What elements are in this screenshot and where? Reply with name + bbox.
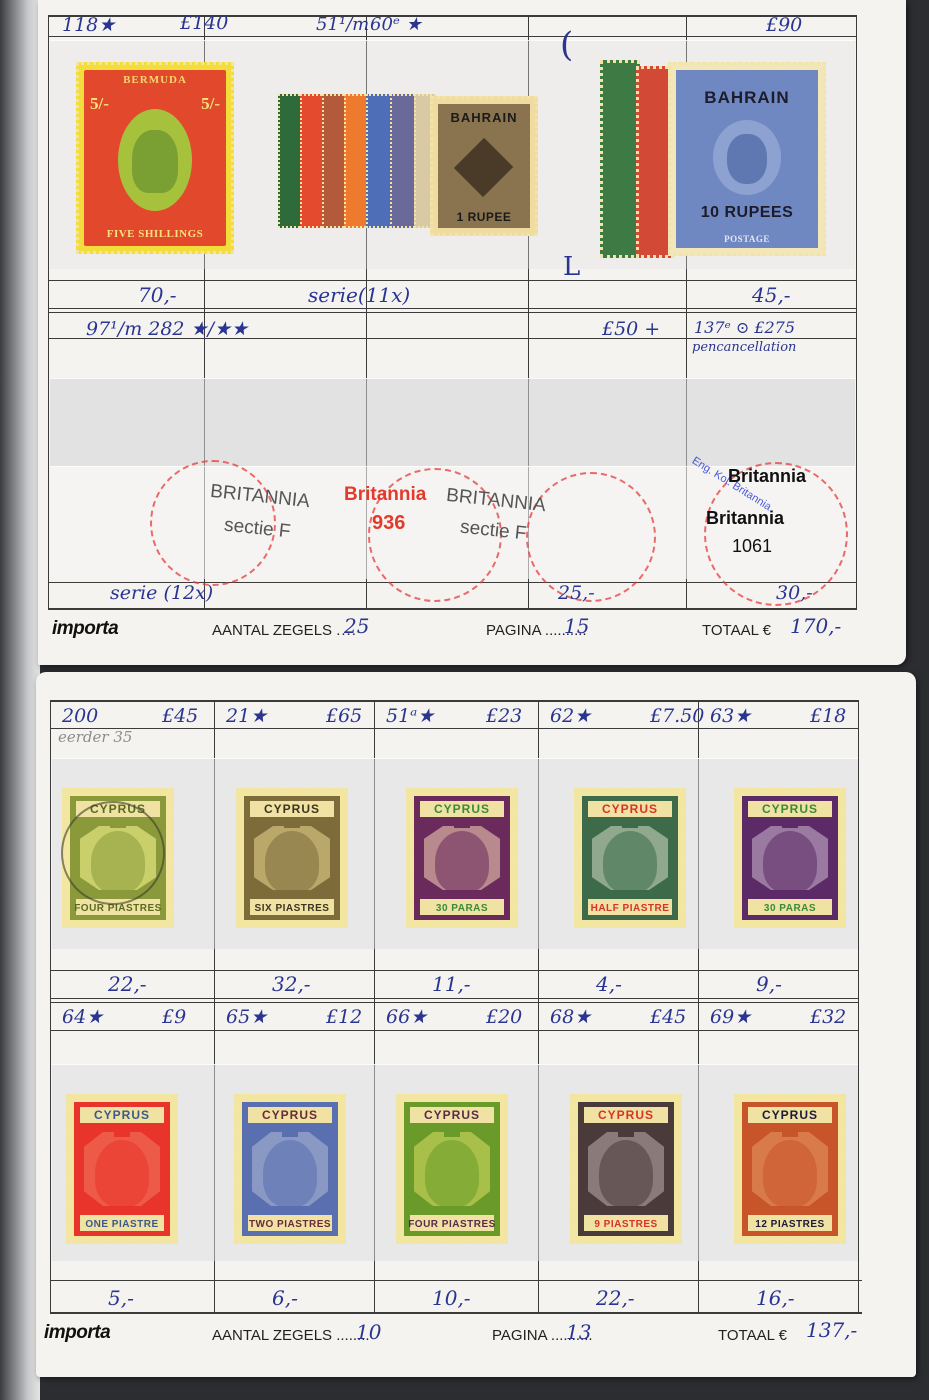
- stamp-value-label: 30 PARAS: [742, 903, 838, 914]
- price-eur: 70,-: [138, 283, 177, 307]
- stamp-value-label: 9 PIASTRES: [578, 1219, 674, 1230]
- grid-line: [858, 700, 859, 1314]
- stamp-cyprus-30-paras[interactable]: CYPRUS30 PARAS: [406, 788, 518, 928]
- grid-line: [50, 728, 858, 729]
- catalog-price: £18: [810, 705, 846, 727]
- cachet-text-black: Britannia: [706, 508, 784, 529]
- grid-line: [50, 1280, 862, 1281]
- cachet-number-black: 1061: [732, 536, 772, 557]
- catalog-price: £45: [162, 705, 198, 727]
- set-note: serie (12x): [110, 582, 213, 604]
- stamp-value-label: SIX PIASTRES: [244, 903, 340, 914]
- price-eur: 5,-: [108, 1286, 134, 1310]
- stock-strip: [50, 378, 855, 467]
- catalog-price: £12: [326, 1006, 362, 1028]
- totaal-label: TOTAAL €: [702, 622, 771, 639]
- crown-icon: [444, 1126, 459, 1137]
- stamp-value-label: FOUR PIASTRES: [404, 1219, 500, 1230]
- catalog-number: 97¹/m 282 ★/★★: [86, 318, 248, 340]
- album-background: [0, 0, 40, 1400]
- crown-icon: [782, 1126, 797, 1137]
- price-eur: 45,-: [752, 283, 791, 307]
- stamp-cyprus-four-piastres[interactable]: CYPRUSFOUR PIASTRES: [396, 1094, 508, 1244]
- stamp-country: CYPRUS: [742, 802, 838, 816]
- crown-icon: [454, 818, 469, 828]
- grid-line: [50, 1312, 862, 1314]
- catalog-number: 69★: [710, 1006, 751, 1028]
- grid-line: [50, 1030, 858, 1031]
- catalog-price: £90: [766, 14, 802, 36]
- stamp-country: CYPRUS: [244, 802, 340, 816]
- catalog-number: 21★: [226, 705, 267, 727]
- stamp-country: CYPRUS: [74, 1108, 170, 1122]
- totaal-value: 137,-: [806, 1318, 857, 1342]
- price-eur: 32,-: [272, 972, 311, 996]
- stamp-value-label: ONE PIASTRE: [74, 1219, 170, 1230]
- stamp-country: CYPRUS: [582, 802, 678, 816]
- crown-icon: [618, 1126, 633, 1137]
- catalog-number: 62★: [550, 705, 591, 727]
- stamp-frame: CYPRUS12 PIASTRES: [742, 1102, 838, 1236]
- stamp-frame: CYPRUS9 PIASTRES: [578, 1102, 674, 1236]
- catalog-number: 66★: [386, 1006, 427, 1028]
- note-previous-price: eerder 35: [58, 728, 132, 746]
- bracket-mark: (: [560, 25, 573, 65]
- cachet-text-black: Britannia: [728, 466, 806, 487]
- stamp-bermuda-5s[interactable]: BERMUDA 5/- 5/- FIVE SHILLINGS: [76, 62, 234, 254]
- stamp-cyprus-two-piastres[interactable]: CYPRUSTWO PIASTRES: [234, 1094, 346, 1244]
- stamp-value-label: TWO PIASTRES: [242, 1219, 338, 1230]
- catalog-price: £45: [650, 1006, 686, 1028]
- monarch-portrait: [95, 1140, 149, 1207]
- crown-icon: [284, 818, 299, 828]
- price-eur: 22,-: [108, 972, 147, 996]
- stamp-frame: CYPRUSTWO PIASTRES: [242, 1102, 338, 1236]
- stamp-cyprus-four-piastres[interactable]: CYPRUSFOUR PIASTRES: [62, 788, 174, 928]
- stamp-frame: CYPRUSONE PIASTRE: [74, 1102, 170, 1236]
- price-eur: 9,-: [756, 972, 782, 996]
- crown-icon: [782, 818, 797, 828]
- grid-line: [48, 312, 856, 313]
- catalog-price: £9: [162, 1006, 186, 1028]
- price-eur: 30,-: [776, 582, 813, 604]
- catalog-number: 65★: [226, 1006, 267, 1028]
- aantal-zegels-label: AANTAL ZEGELS ....: [212, 622, 357, 639]
- grid-line: [50, 700, 51, 1314]
- grid-line: [48, 36, 856, 37]
- catalog-price: £32: [810, 1006, 846, 1028]
- brand-logo: importa: [44, 1322, 110, 1344]
- stamp-cyprus-half-piastre[interactable]: CYPRUSHALF PIASTRE: [574, 788, 686, 928]
- cachet-text-red: Britannia: [344, 484, 426, 506]
- price-eur: 4,-: [596, 972, 622, 996]
- stamp-bahrain-1-rupee[interactable]: BAHRAIN 1 RUPEE: [430, 96, 538, 236]
- catalog-number: 68★: [550, 1006, 591, 1028]
- postmark: [61, 801, 165, 905]
- stamp-country: CYPRUS: [242, 1108, 338, 1122]
- price-eur: 25,-: [558, 582, 595, 604]
- stamp-value-label: 30 PARAS: [414, 903, 510, 914]
- grid-line: [48, 608, 856, 610]
- grid-line: [48, 15, 856, 17]
- stamp-country: CYPRUS: [404, 1108, 500, 1122]
- catalog-price: £140: [180, 12, 228, 34]
- catalog-number: 118★: [62, 14, 115, 36]
- king-portrait: [727, 134, 767, 184]
- stamp-frame: CYPRUSHALF PIASTRE: [582, 796, 678, 920]
- monarch-portrait: [603, 831, 657, 893]
- cachet-number-red: 936: [372, 512, 405, 535]
- stamp-bahrain-10-rupees[interactable]: BAHRAIN 10 RUPEES POSTAGE: [668, 62, 826, 256]
- monarch-portrait: [435, 831, 489, 893]
- stamp-country: CYPRUS: [578, 1108, 674, 1122]
- totaal-label: TOTAAL €: [718, 1327, 787, 1344]
- stamp-frame: CYPRUSFOUR PIASTRES: [404, 1102, 500, 1236]
- catalog-number: 51¹/m: [316, 14, 369, 35]
- aantal-zegels-label: AANTAL ZEGELS ........: [212, 1327, 370, 1344]
- stamp-cyprus-30-paras[interactable]: CYPRUS30 PARAS: [734, 788, 846, 928]
- grid-line: [50, 700, 858, 702]
- monarch-portrait: [263, 1140, 317, 1207]
- stamp-cyprus-9-piastres[interactable]: CYPRUS9 PIASTRES: [570, 1094, 682, 1244]
- set-note: serie(11x): [308, 283, 410, 307]
- stamp-cyprus-one-piastre[interactable]: CYPRUSONE PIASTRE: [66, 1094, 178, 1244]
- catalog-price: £65: [326, 705, 362, 727]
- catalog-price: £50 +: [602, 318, 660, 340]
- stamp-value-label: HALF PIASTRE: [582, 903, 678, 914]
- aantal-zegels-value: 10: [356, 1320, 381, 1344]
- crown-icon: [282, 1126, 297, 1137]
- grid-line: [48, 280, 856, 281]
- stock-card-bottom: 200£4521★£6551ᵃ★£2362★£7.5063★£18 eerder…: [36, 672, 916, 1377]
- monarch-portrait: [265, 831, 319, 893]
- monarch-portrait: [763, 831, 817, 893]
- king-portrait: [132, 130, 177, 193]
- catalog-number: 63★: [710, 705, 751, 727]
- stamp-value-label: 12 PIASTRES: [742, 1219, 838, 1230]
- monarch-portrait: [763, 1140, 817, 1207]
- stamp-frame: CYPRUS30 PARAS: [414, 796, 510, 920]
- grid-line: [48, 15, 49, 610]
- grid-line: [50, 998, 858, 999]
- pagina-value: 15: [564, 614, 589, 638]
- stamp-frame: CYPRUSSIX PIASTRES: [244, 796, 340, 920]
- price-eur: 11,-: [432, 972, 471, 996]
- grid-line: [856, 15, 857, 610]
- catalog-price: £23: [486, 705, 522, 727]
- catalog-number: 51ᵃ★: [386, 705, 434, 727]
- catalog-number: 64★: [62, 1006, 103, 1028]
- catalog-price: £7.50: [650, 705, 704, 727]
- price-eur: 6,-: [272, 1286, 298, 1310]
- pagina-value: 13: [566, 1320, 591, 1344]
- price-eur: 16,-: [756, 1286, 795, 1310]
- brand-logo: importa: [52, 618, 118, 640]
- stamp-country: CYPRUS: [742, 1108, 838, 1122]
- price-eur: 22,-: [596, 1286, 635, 1310]
- stamp-frame: CYPRUS30 PARAS: [742, 796, 838, 920]
- note: pencancellation: [692, 340, 796, 355]
- stock-card-top: 118★ £140 51¹/m 60ᵉ ★ £90 ( BERMUDA 5/- …: [38, 0, 906, 665]
- catalog-number: 137ᵉ ⊙ £275: [694, 318, 795, 337]
- grid-line: [50, 1002, 858, 1003]
- stamp-bahrain-high-value[interactable]: [600, 60, 640, 258]
- stamp-country: CYPRUS: [414, 802, 510, 816]
- grid-line: [50, 970, 858, 971]
- catalog-number: 60ᵉ ★: [370, 14, 422, 35]
- stamp-cyprus-six-piastres[interactable]: CYPRUSSIX PIASTRES: [236, 788, 348, 928]
- crown-icon: [114, 1126, 129, 1137]
- portrait-hexagon: [454, 137, 514, 197]
- catalog-price: £20: [486, 1006, 522, 1028]
- grid-line: [48, 308, 856, 309]
- monarch-portrait: [425, 1140, 479, 1207]
- crown-icon: [622, 818, 637, 828]
- bracket-mark: L: [563, 252, 580, 282]
- aantal-zegels-value: 25: [344, 614, 369, 638]
- totaal-value: 170,-: [790, 614, 841, 638]
- stamp-cyprus-12-piastres[interactable]: CYPRUS12 PIASTRES: [734, 1094, 846, 1244]
- price-eur: 10,-: [432, 1286, 471, 1310]
- monarch-portrait: [599, 1140, 653, 1207]
- catalog-number: 200: [62, 705, 98, 727]
